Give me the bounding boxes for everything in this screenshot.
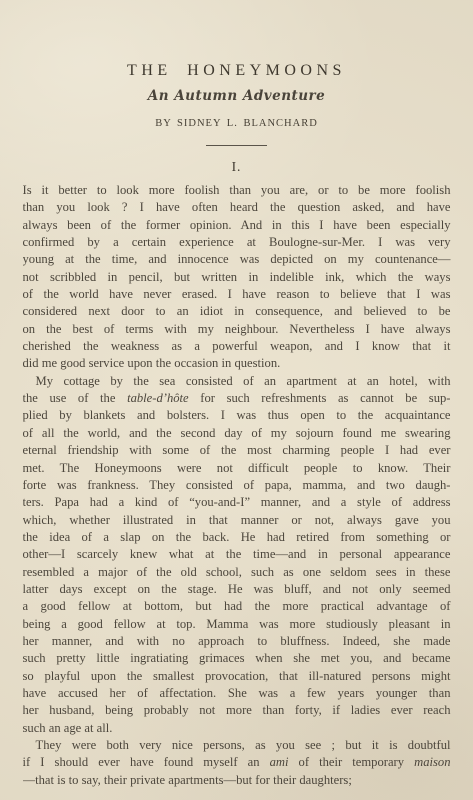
text-run: if I should ever have found myself an	[23, 755, 270, 769]
text-run: for such refreshments as cannot be sup-	[189, 391, 451, 405]
text-line: of the world have never erased. I have r…	[23, 286, 451, 303]
text-line: have accused her of affectation. She was…	[23, 685, 451, 702]
text-line: being a good fellow at top. Mamma was mo…	[23, 616, 451, 633]
text-line: latter days except on the stage. He was …	[23, 581, 451, 598]
text-line: resembled a major of the old school, suc…	[23, 564, 451, 581]
paragraph-2: My cottage by the sea consisted of an ap…	[23, 373, 451, 737]
text-line: such pretty little ingratiating grimaces…	[23, 650, 451, 667]
text-line: young at the time, and innocence was dep…	[23, 251, 451, 268]
text-line: other—I scarcely knew what at the time—a…	[23, 546, 451, 563]
article-subtitle: An Autumn Adventure	[0, 89, 473, 104]
title-divider	[206, 145, 267, 146]
article-title: THE HONEYMOONS	[0, 0, 473, 80]
text-line: forte was frankness. They consisted of p…	[23, 477, 451, 494]
text-line: confirmed by a certain experience at Bou…	[23, 234, 451, 251]
text-line: always been of the former opinion. And i…	[23, 217, 451, 234]
text-line: cherished the weakness as a powerful wea…	[23, 338, 451, 355]
book-page: THE HONEYMOONS An Autumn Adventure BY SI…	[0, 0, 473, 800]
text-run: of their temporary	[288, 755, 414, 769]
masthead: THE HONEYMOONS An Autumn Adventure BY SI…	[0, 0, 473, 174]
text-line: considered next door to an idiot in cons…	[23, 303, 451, 320]
text-line: on the best of terms with my neighbour. …	[23, 321, 451, 338]
body-text: Is it better to look more foolish than y…	[23, 182, 451, 789]
text-run: the use of the	[23, 391, 128, 405]
text-line: her husband, being probably not more tha…	[23, 702, 451, 719]
text-line: My cottage by the sea consisted of an ap…	[23, 373, 451, 390]
text-line: so playful upon the smallest provocation…	[23, 668, 451, 685]
text-line: the use of the table-d’hôte for such ref…	[23, 390, 451, 407]
text-line: met. The Honeymoons were not difficult p…	[23, 460, 451, 477]
text-line: eternal friendship with some of the most…	[23, 442, 451, 459]
text-line: not scribbled in pencil, but written in …	[23, 269, 451, 286]
article-byline: BY SIDNEY L. BLANCHARD	[0, 117, 473, 130]
text-line: Is it better to look more foolish than y…	[23, 182, 451, 199]
italic-text: maison	[414, 755, 450, 769]
text-line: plied by blankets and bolsters. I was th…	[23, 407, 451, 424]
text-line: did me good service upon the occasion in…	[23, 355, 451, 372]
section-heading: I.	[0, 159, 473, 174]
text-line: such an age at all.	[23, 720, 451, 737]
text-line: of all the world, and the second day of …	[23, 425, 451, 442]
paragraph-3: They were both very nice persons, as you…	[23, 737, 451, 789]
text-line: —that is to say, their private apartment…	[23, 772, 451, 789]
text-line: ters. Papa had a kind of “you-and-I” man…	[23, 494, 451, 511]
italic-text: ami	[270, 755, 289, 769]
text-line: They were both very nice persons, as you…	[23, 737, 451, 754]
text-line: than you look ? I have often heard the q…	[23, 199, 451, 216]
text-line: which, whether illustrated in that manne…	[23, 512, 451, 529]
paragraph-1: Is it better to look more foolish than y…	[23, 182, 451, 373]
italic-text: table-d’hôte	[127, 391, 189, 405]
text-line: the idea of a slap on the back. He had r…	[23, 529, 451, 546]
text-line: her manner, and with no approach to bluf…	[23, 633, 451, 650]
text-line: if I should ever have found myself an am…	[23, 754, 451, 771]
text-line: a good fellow at bottom, but had the mor…	[23, 598, 451, 615]
